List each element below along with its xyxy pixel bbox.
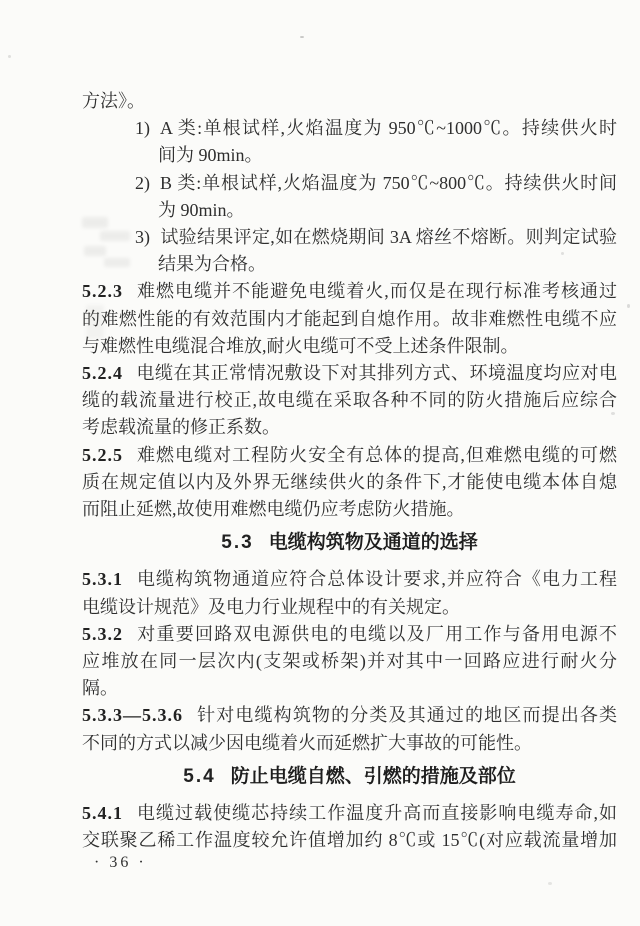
line-text: 方法》。 [82, 91, 145, 111]
list-marker: 3) [135, 227, 150, 247]
text-line: 交联聚乙稀工作温度较允许值增加约 8℃或 15℃(对应载流量增加 [82, 827, 617, 854]
text-line: 电缆设计规范》及电力行业规程中的有关规定。 [82, 594, 617, 621]
list-item-line: 2)B 类:单根试样,火焰温度为 750℃~800℃。持续供火时间 [82, 170, 617, 197]
list-item-line: 结果为合格。 [82, 251, 617, 278]
list-item-line: 1)A 类:单根试样,火焰温度为 950℃~1000℃。持续供火时 [82, 115, 617, 142]
list-item-line: 为 90min。 [82, 197, 617, 224]
list-item-line: 3)试验结果评定,如在燃烧期间 3A 熔丝不熔断。则判定试验 [82, 224, 617, 251]
line-text: 应堆放在同一层次内(支架或桥架)并对其中一回路应进行耐火分 [82, 651, 617, 671]
section-number: 5.2.3 [82, 281, 123, 301]
section-number: 5.4.1 [82, 803, 123, 823]
section-number: 5.4 [183, 766, 215, 787]
text-line: 5.2.4电缆在其正常情况敷设下对其排列方式、环境温度均应对电 [82, 360, 617, 387]
text-line: 5.2.5难燃电缆对工程防火安全有总体的提高,但难燃电缆的可燃 [82, 442, 617, 469]
text-line: 而阻止延燃,故使用难燃电缆仍应考虑防火措施。 [82, 496, 617, 523]
line-text: 的难燃性能的有效范围内才能起到自熄作用。故非难燃性电缆不应 [82, 309, 617, 329]
text-line: 质在规定值以内及外界无继续供火的条件下,才能使电缆本体自熄 [82, 469, 617, 496]
line-text: 结果为合格。 [158, 254, 266, 274]
section-number: 5.2.4 [82, 363, 123, 383]
line-text: 电缆过载使缆芯持续工作温度升高而直接影响电缆寿命,如 [136, 803, 617, 823]
section-number: 5.3.2 [82, 624, 123, 644]
text-line: 5.3.3—5.3.6针对电缆构筑物的分类及其通过的地区而提出各类 [82, 702, 617, 729]
text-line: 5.4.1电缆过载使缆芯持续工作温度升高而直接影响电缆寿命,如 [82, 800, 617, 827]
text-line: 5.3.2对重要回路双电源供电的电缆以及厂用工作与备用电源不 [82, 621, 617, 648]
scan-artifact [104, 258, 130, 267]
scan-speck [561, 252, 564, 255]
scan-artifact [82, 217, 108, 228]
line-text: 与难燃性电缆混合堆放,耐火电缆可不受上述条件限制。 [82, 336, 519, 356]
line-text: B 类:单根试样,火焰温度为 750℃~800℃。持续供火时间 [160, 173, 617, 193]
line-text: 电缆构筑物及通道的选择 [269, 532, 478, 553]
section-number: 5.2.5 [82, 445, 123, 465]
line-text: 电缆构筑物通道应符合总体设计要求,并应符合《电力工程 [136, 569, 617, 589]
scan-speck [524, 662, 527, 665]
document-page: 方法》。1)A 类:单根试样,火焰温度为 950℃~1000℃。持续供火时间为 … [0, 0, 640, 926]
section-number: 5.3.1 [82, 569, 123, 589]
text-line: 方法》。 [82, 88, 617, 115]
scan-artifact [86, 305, 104, 339]
line-text: 为 90min。 [158, 200, 245, 220]
text-line: 的难燃性能的有效范围内才能起到自熄作用。故非难燃性电缆不应 [82, 306, 617, 333]
list-item-line: 间为 90min。 [82, 142, 617, 169]
line-text: 隔。 [82, 678, 118, 698]
text-line: 5.3.1电缆构筑物通道应符合总体设计要求,并应符合《电力工程 [82, 566, 617, 593]
text-line: 缆的载流量进行校正,故电缆在采取各种不同的防火措施后应综合 [82, 387, 617, 414]
line-text: 电缆设计规范》及电力行业规程中的有关规定。 [82, 597, 460, 617]
text-column: 方法》。1)A 类:单根试样,火焰温度为 950℃~1000℃。持续供火时间为 … [82, 88, 617, 854]
section-heading: 5.4防止电缆自燃、引燃的措施及部位 [82, 763, 617, 790]
line-text: 而阻止延燃,故使用难燃电缆仍应考虑防火措施。 [82, 499, 465, 519]
line-text: A 类:单根试样,火焰温度为 950℃~1000℃。持续供火时 [160, 118, 617, 138]
line-text: 质在规定值以内及外界无继续供火的条件下,才能使电缆本体自熄 [82, 472, 617, 492]
line-text: 间为 90min。 [158, 145, 263, 165]
line-text: 不同的方式以减少因电缆着火而延燃扩大事故的可能性。 [82, 733, 532, 753]
section-number: 5.3.3—5.3.6 [82, 705, 183, 725]
line-text: 交联聚乙稀工作温度较允许值增加约 8℃或 15℃(对应载流量增加 [82, 830, 617, 850]
line-text: 难燃电缆并不能避免电缆着火,而仅是在现行标准考核通过 [136, 281, 617, 301]
page-number: · 36 · [94, 854, 147, 872]
list-marker: 2) [135, 173, 150, 193]
text-line: 5.2.3难燃电缆并不能避免电缆着火,而仅是在现行标准考核通过 [82, 278, 617, 305]
text-line: 不同的方式以减少因电缆着火而延燃扩大事故的可能性。 [82, 730, 617, 757]
line-text: 防止电缆自燃、引燃的措施及部位 [231, 766, 516, 787]
line-text: 难燃电缆对工程防火安全有总体的提高,但难燃电缆的可燃 [136, 445, 617, 465]
text-line: 应堆放在同一层次内(支架或桥架)并对其中一回路应进行耐火分 [82, 648, 617, 675]
line-text: 针对电缆构筑物的分类及其通过的地区而提出各类 [196, 705, 617, 725]
text-line: 隔。 [82, 675, 617, 702]
scan-speck [548, 882, 552, 885]
scan-speck [300, 36, 304, 38]
section-number: 5.3 [221, 532, 253, 553]
list-marker: 1) [135, 118, 150, 138]
scan-artifact [100, 231, 130, 241]
line-text: 考虑载流量的修正系数。 [82, 417, 280, 437]
line-text: 对重要回路双电源供电的电缆以及厂用工作与备用电源不 [136, 624, 617, 644]
line-text: 试验结果评定,如在燃烧期间 3A 熔丝不熔断。则判定试验 [160, 227, 617, 247]
line-text: 缆的载流量进行校正,故电缆在采取各种不同的防火措施后应综合 [82, 390, 617, 410]
scan-speck [627, 304, 630, 308]
scan-speck [611, 412, 615, 415]
section-heading: 5.3电缆构筑物及通道的选择 [82, 529, 617, 556]
scan-speck [8, 55, 11, 58]
line-text: 电缆在其正常情况敷设下对其排列方式、环境温度均应对电 [136, 363, 617, 383]
text-line: 考虑载流量的修正系数。 [82, 414, 617, 441]
scan-artifact [84, 246, 106, 256]
text-line: 与难燃性电缆混合堆放,耐火电缆可不受上述条件限制。 [82, 333, 617, 360]
